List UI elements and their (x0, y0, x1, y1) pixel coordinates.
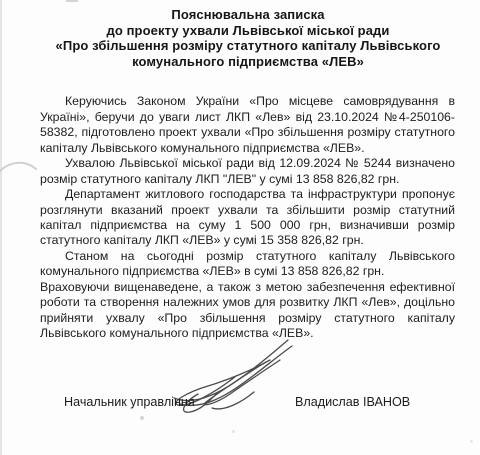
title-line: комунального підприємства «ЛЕВ» (34, 54, 462, 70)
signer-name: Владислав ІВАНОВ (295, 395, 410, 409)
paragraph: Керуючись Законом України «Про місцеве с… (40, 94, 455, 156)
scanned-document-page: Пояснювальна записка до проекту ухвали Л… (0, 0, 480, 455)
paragraph: Департамент житлового господарства та ін… (40, 187, 455, 249)
scan-speck-artifact (232, 430, 235, 433)
document-title: Пояснювальна записка до проекту ухвали Л… (34, 7, 462, 69)
scan-speck-artifact (140, 416, 144, 420)
title-line: до проекту ухвали Львівської міської рад… (34, 23, 462, 39)
signature-scribble (166, 336, 306, 422)
scan-speck-artifact (470, 440, 473, 443)
scan-curve-artifact (0, 156, 42, 184)
title-line: Пояснювальна записка (34, 7, 462, 23)
signer-position: Начальник управління (64, 395, 195, 409)
scan-edge-artifact (0, 0, 2, 455)
document-body: Керуючись Законом України «Про місцеве с… (40, 94, 455, 341)
paragraph: Враховуючи вищенаведене, а також з метою… (40, 280, 455, 342)
paragraph: Ухвалою Львівської міської ради від 12.0… (40, 156, 455, 187)
title-line: «Про збільшення розміру статутного капіт… (34, 38, 462, 54)
paragraph: Станом на сьогодні розмір статутного кап… (40, 249, 455, 280)
scan-top-artifact (66, 0, 78, 2)
